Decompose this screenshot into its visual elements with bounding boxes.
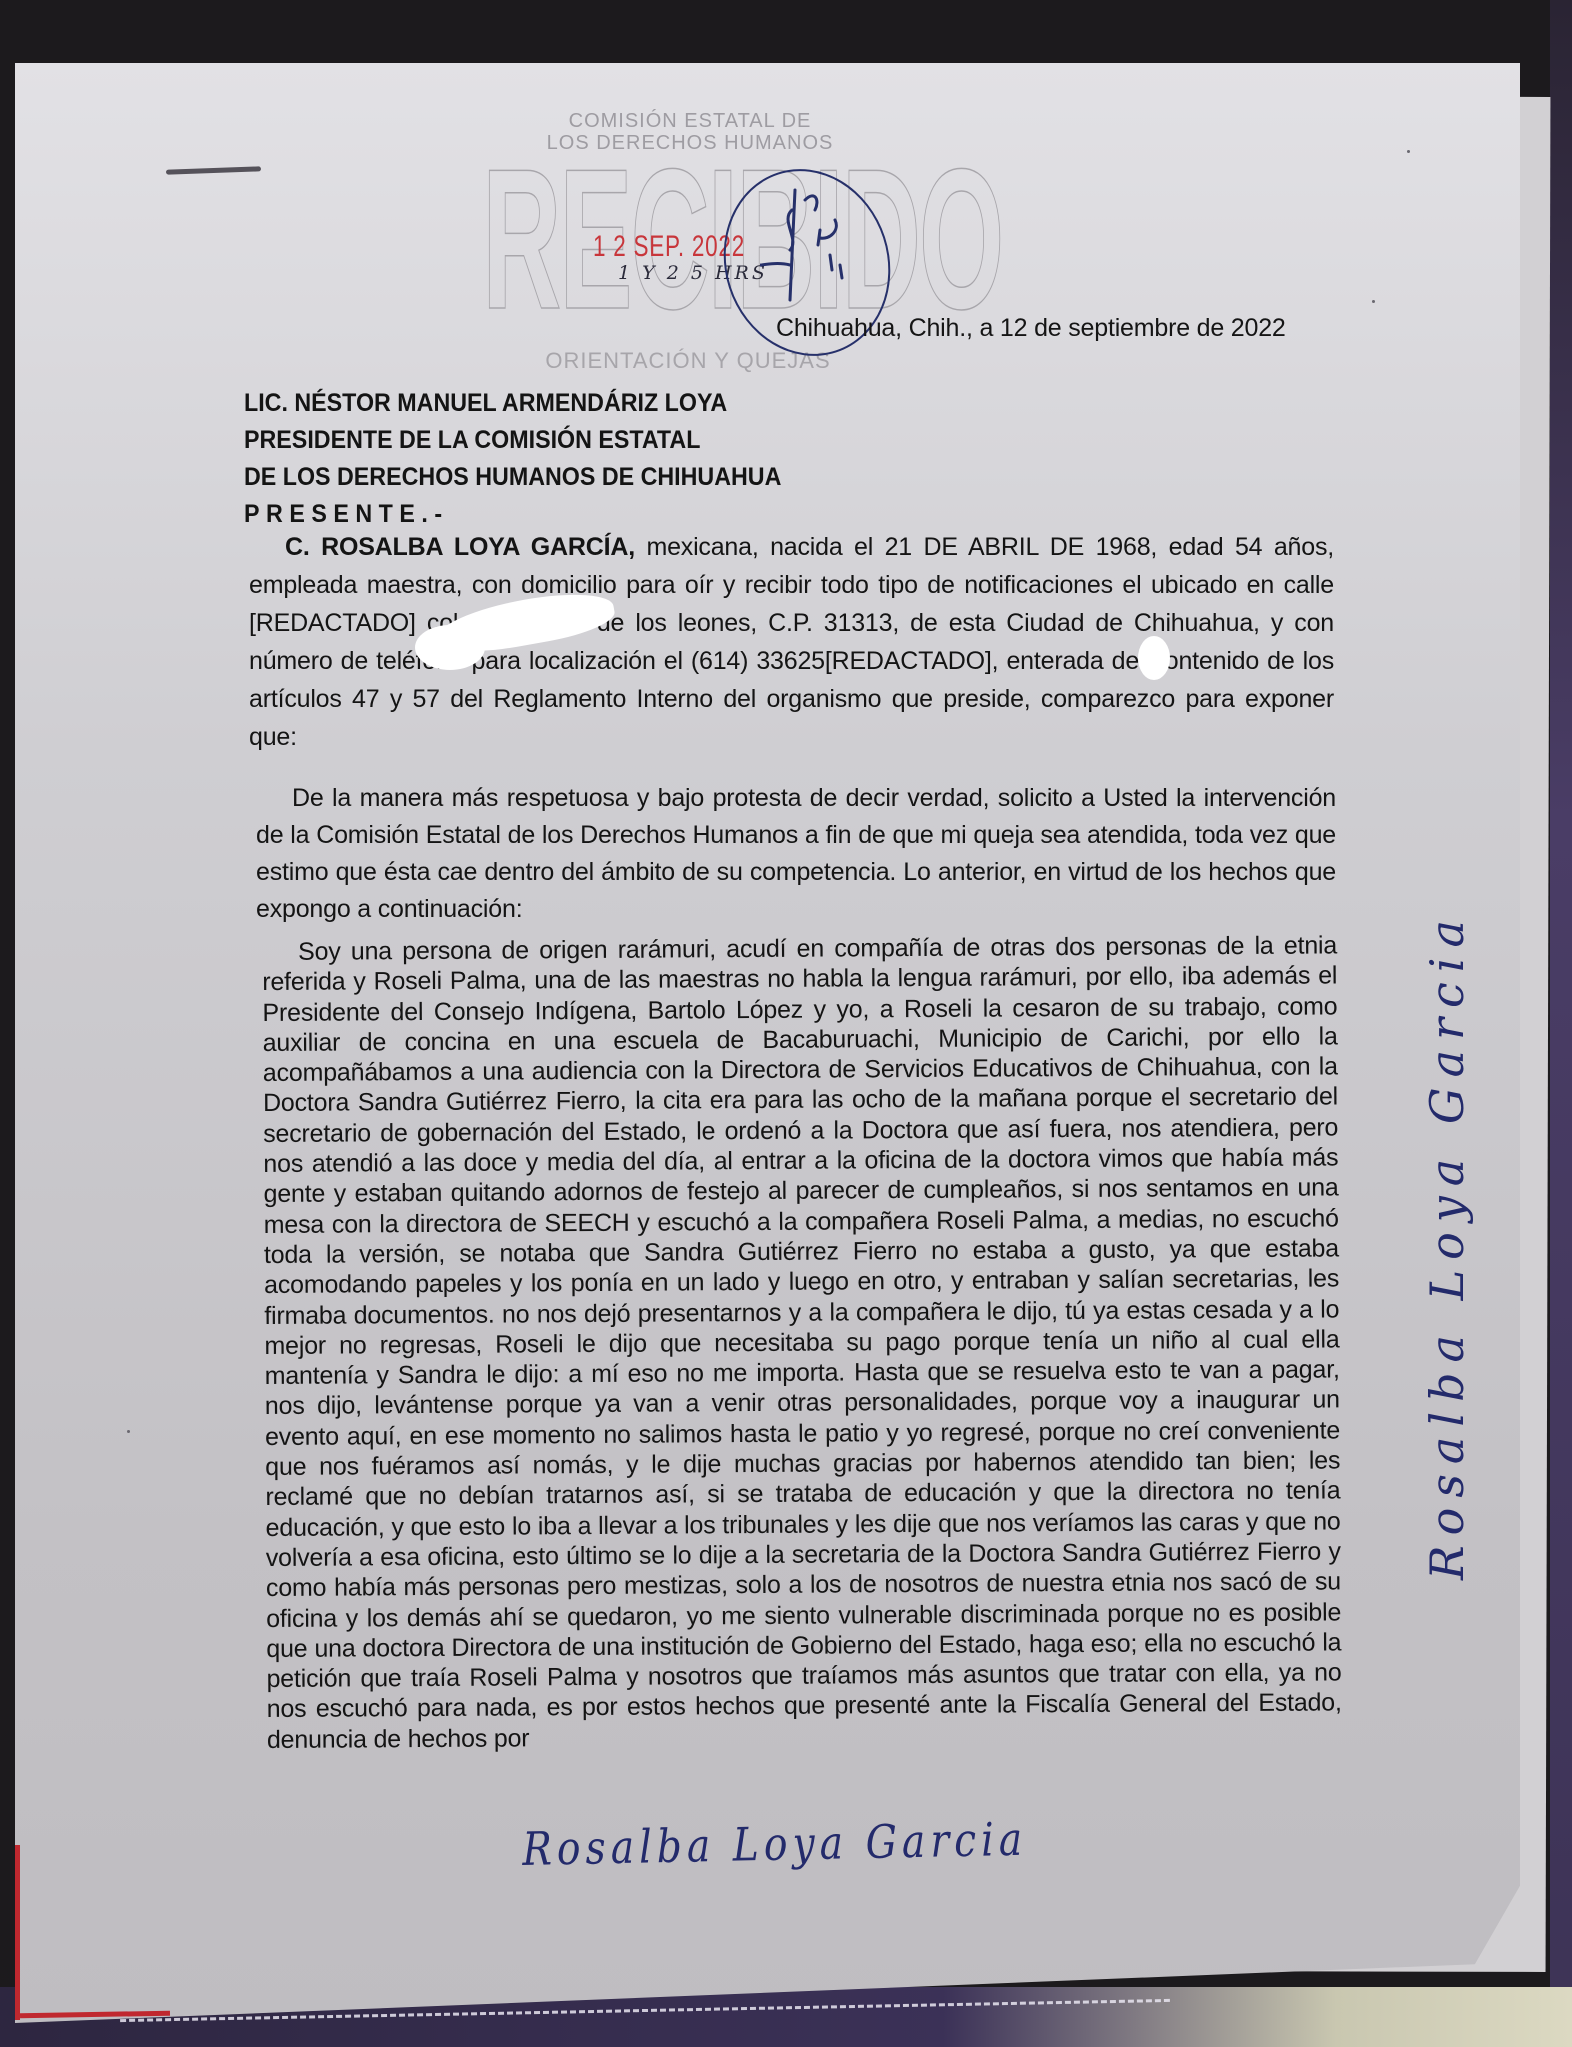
- recipient-block: LIC. NÉSTOR MANUEL ARMENDÁRIZ LOYA PRESI…: [244, 385, 781, 533]
- paper-speck: [1407, 150, 1410, 153]
- paper-speck: [1372, 300, 1375, 303]
- recipient-organization: DE LOS DERECHOS HUMANOS DE CHIHUAHUA: [244, 459, 781, 496]
- red-folder-edge: [15, 1845, 20, 2020]
- complainant-name: C. ROSALBA LOYA GARCÍA,: [285, 533, 635, 561]
- request-paragraph: De la manera más respetuosa y bajo prote…: [256, 780, 1336, 928]
- redaction-phone: [1138, 636, 1170, 680]
- place-and-date: Chihuahua, Chih., a 12 de septiembre de …: [776, 314, 1286, 343]
- recipient-title: PRESIDENTE DE LA COMISIÓN ESTATAL: [244, 422, 781, 459]
- paper-speck: [127, 1430, 130, 1433]
- signature-margin: Rosalba Loya Garcia: [1420, 910, 1474, 1580]
- redaction-address-part: [415, 625, 485, 670]
- stamp-signature-icon: [760, 170, 870, 310]
- request-text: De la manera más respetuosa y bajo prote…: [256, 784, 1336, 923]
- facts-paragraph: Soy una persona de origen rarámuri, acud…: [262, 930, 1342, 1755]
- recipient-name: LIC. NÉSTOR MANUEL ARMENDÁRIZ LOYA: [244, 385, 781, 422]
- background-surface-right: [1550, 0, 1572, 2047]
- signature-bottom: Rosalba Loya Garcia: [522, 1812, 1028, 1876]
- intro-text: mexicana, nacida el 21 DE ABRIL DE 1968,…: [249, 533, 1334, 751]
- intro-paragraph: C. ROSALBA LOYA GARCÍA, mexicana, nacida…: [249, 528, 1334, 756]
- stamp-date: 1 2 SEP. 2022: [593, 230, 745, 264]
- facts-text: Soy una persona de origen rarámuri, acud…: [262, 931, 1342, 1753]
